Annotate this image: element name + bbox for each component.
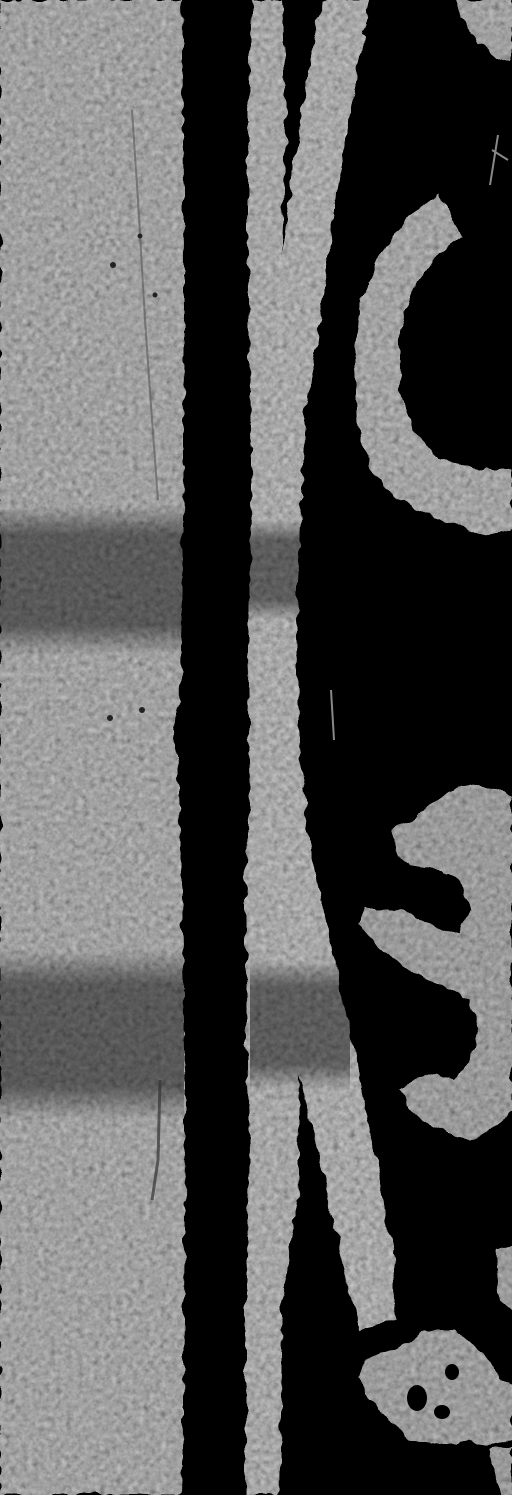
dark-band-lower-strand <box>250 960 350 1090</box>
dark-band-upper-strand <box>246 520 300 620</box>
dark-band-upper <box>0 505 184 655</box>
dark-band-lower <box>0 950 184 1120</box>
mesh-hole <box>445 1364 459 1380</box>
speck <box>107 715 113 721</box>
speck <box>138 234 143 239</box>
speck <box>110 262 116 268</box>
mesh-hole <box>407 1385 427 1411</box>
mesh-hole <box>434 1405 450 1419</box>
micrograph-scene <box>0 0 512 1495</box>
speck <box>139 707 145 713</box>
speck <box>153 293 158 298</box>
left-slab <box>0 0 185 1495</box>
